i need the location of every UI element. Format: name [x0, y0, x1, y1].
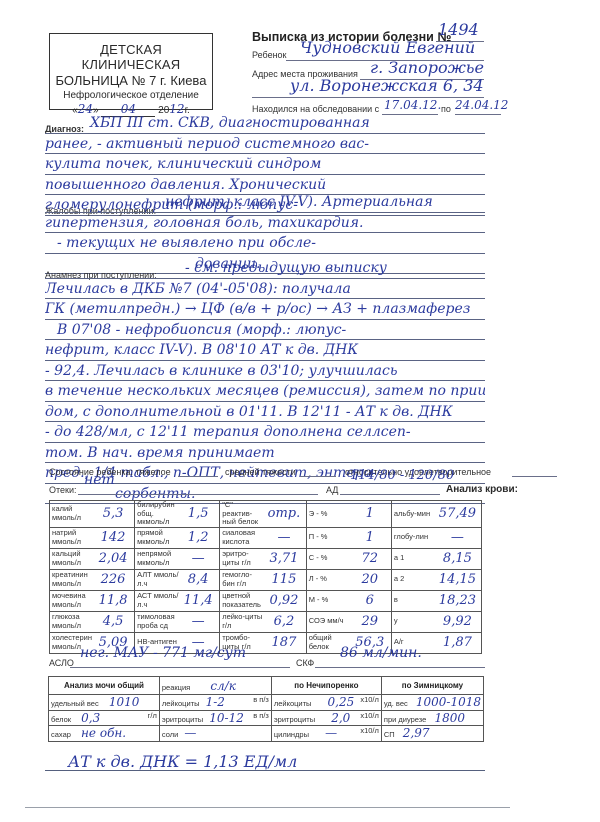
nechiporenko-value: —: [325, 726, 337, 740]
zimnitsky-cell: при диурезе 1800: [381, 710, 483, 726]
blood-analysis-title: Анализ крови:: [446, 484, 518, 495]
blood-param-label: Э - %: [309, 510, 351, 519]
blood-table-cell: у9,92: [391, 611, 481, 632]
anamnesis-line: - см. предыдущую выписку: [45, 258, 485, 279]
blood-table-cell: в18,23: [391, 590, 481, 611]
blood-table-cell: непрямой мкмоль/л—: [135, 548, 220, 569]
bp-line: [340, 494, 440, 495]
zimnitsky-label: СП: [384, 730, 395, 739]
blood-param-label: мочевина ммоль/л: [52, 592, 94, 609]
blood-param-value: 1,5: [179, 506, 217, 521]
nechiporenko-unit: х10/л: [360, 695, 379, 704]
urine-micro-cell: эритроциты 10-12в п/з: [159, 710, 271, 726]
blood-table-cell: АЛТ ммоль/л.ч8,4: [135, 569, 220, 590]
blood-param-label: тимоловая проба сд: [137, 613, 179, 630]
urine-micro-unit: в п/з: [253, 695, 269, 704]
blood-param-label: а 1: [394, 554, 436, 563]
blood-param-label: АСТ ммоль/л.ч: [137, 592, 179, 609]
blood-table-row: мочевина ммоль/л11,8АСТ ммоль/л.ч11,4цве…: [50, 590, 482, 611]
blood-param-value: 1: [351, 530, 389, 545]
urine-micro-value: 1-2: [206, 695, 225, 709]
blood-param-label: в: [394, 596, 436, 605]
blood-table-cell: креатинин ммоль/л226: [50, 569, 135, 590]
blood-param-value: 4,5: [94, 614, 132, 629]
nechiporenko-label: лейкоциты: [274, 699, 312, 708]
blood-table-cell: Э - %1: [306, 501, 391, 528]
address-line-2: [252, 97, 484, 98]
blood-param-label: Л - %: [309, 575, 351, 584]
record-number: 1494: [438, 20, 479, 39]
blood-param-value: 226: [94, 572, 132, 587]
blood-param-label: креатинин ммоль/л: [52, 571, 94, 588]
skf-label: СКФ: [296, 658, 314, 668]
blood-param-value: 8,4: [179, 572, 217, 587]
complaints-line: гипертензия, головная боль, тахикардия.: [45, 213, 485, 234]
blood-table-cell: кальций ммоль/л2,04: [50, 548, 135, 569]
blood-param-label: АЛТ ммоль/л.ч: [137, 571, 179, 588]
blood-param-value: 9,92: [436, 614, 479, 629]
blood-table-row: калий ммоль/л5,3билирубин общ. мкмоль/л1…: [50, 501, 482, 528]
blood-param-label: глюкоза ммоль/л: [52, 613, 94, 630]
blood-param-value: 20: [351, 572, 389, 587]
blood-param-value: 8,15: [436, 551, 479, 566]
blood-param-value: 29: [351, 614, 389, 629]
blood-param-label: сиаловая кислота: [222, 529, 264, 546]
hospital-name-line2: БОЛЬНИЦА № 7 г. Киева: [50, 73, 212, 88]
blood-param-value: 3,71: [264, 551, 304, 566]
bp-value: 114/80 - 120/80: [350, 468, 454, 483]
blood-param-label: кальций ммоль/л: [52, 550, 94, 567]
blood-table-cell: сиаловая кислота—: [220, 527, 307, 548]
blood-param-value: 115: [264, 572, 304, 587]
zimnitsky-cell: уд. вес 1000-1018: [381, 695, 483, 711]
blood-table-cell: калий ммоль/л5,3: [50, 501, 135, 528]
urine-general-title: Анализ мочи общий: [49, 677, 160, 695]
blood-param-label: глобу-лин: [394, 533, 436, 542]
blood-table-cell: прямой мкмоль/л1,2: [135, 527, 220, 548]
blood-param-label: калий ммоль/л: [52, 505, 94, 522]
urine-micro-unit: в п/з: [253, 711, 269, 720]
stay-from: 17.04.12.: [384, 98, 441, 112]
blood-table-cell: эритро-циты г/л3,71: [220, 548, 307, 569]
urine-general-unit: г/л: [148, 711, 157, 720]
blood-param-value: 0,92: [264, 593, 304, 608]
zimnitsky-cell: СП 2,97: [381, 726, 483, 742]
complaints-line: нефрит, класс IV-V). Артериальная: [45, 192, 485, 213]
blood-table-cell: М - %6: [306, 590, 391, 611]
blood-param-value: —: [436, 530, 479, 545]
anamnesis-line: том. В нач. время принимает: [45, 443, 485, 464]
blood-table-cell: натрий ммоль/л142: [50, 527, 135, 548]
urine-micro-value: 10-12: [209, 711, 244, 725]
blood-param-value: 1,87: [436, 635, 479, 650]
blood-table-cell: а 214,15: [391, 569, 481, 590]
address-value-1: г. Запорожье: [370, 58, 484, 77]
blood-param-label: П - %: [309, 533, 351, 542]
skf-value: 86 мл/мин.: [340, 645, 422, 661]
blood-param-value: —: [179, 551, 217, 566]
blood-table-row: натрий ммоль/л142прямой мкмоль/л1,2сиало…: [50, 527, 482, 548]
blood-param-label: у: [394, 617, 436, 626]
nechiporenko-label: цилиндры: [274, 730, 309, 739]
blood-param-value: 6,2: [264, 614, 304, 629]
zimnitsky-label: при диурезе: [384, 715, 426, 724]
urine-general-value: 0,3: [81, 711, 100, 725]
blood-param-value: 6: [351, 593, 389, 608]
anamnesis-line: нефрит, класс IV-V). В 08'10 АТ к дв. ДН…: [45, 340, 485, 361]
bottom-rule: [25, 807, 510, 808]
blood-param-label: "С" реактив-ный белок: [222, 501, 264, 527]
blood-param-label: цветной показатель: [222, 592, 264, 609]
blood-param-value: —: [179, 614, 217, 629]
diagnosis-line: ранее, - активный период системного вас-: [45, 134, 485, 155]
blood-param-label: гемогло-бин г/л: [222, 571, 264, 588]
blood-table-cell: "С" реактив-ный белокотр.: [220, 501, 307, 528]
blood-table-row: креатинин ммоль/л226АЛТ ммоль/л.ч8,4гемо…: [50, 569, 482, 590]
blood-table-cell: глюкоза ммоль/л4,5: [50, 611, 135, 632]
zimnitsky-title: по Зимницкому: [381, 677, 483, 695]
hospital-stamp: ДЕТСКАЯ КЛИНИЧЕСКАЯ БОЛЬНИЦА № 7 г. Киев…: [49, 33, 213, 110]
urine-general-cell: белок 0,3г/л: [49, 710, 160, 726]
urine-table-row: белок 0,3г/лэритроциты 10-12в п/зэритроц…: [49, 710, 484, 726]
blood-table-cell: альбу-мин57,49: [391, 501, 481, 528]
hospital-name-line1: ДЕТСКАЯ КЛИНИЧЕСКАЯ: [50, 42, 212, 72]
anamnesis-line: дом, с дополнительной в 01'11. В 12'11 -…: [45, 402, 485, 423]
blood-table-cell: глобу-лин—: [391, 527, 481, 548]
urine-general-cell: удельный вес 1010: [49, 695, 160, 711]
blood-param-value: 11,4: [179, 593, 217, 608]
edema-line: [78, 494, 318, 495]
blood-param-value: 5,3: [94, 506, 132, 521]
urine-general-value: 1010: [109, 695, 140, 709]
skf-line: [315, 667, 485, 668]
nechiporenko-unit: х10/л: [360, 726, 379, 735]
blood-param-label: прямой мкмоль/л: [137, 529, 179, 546]
blood-table-row: кальций ммоль/л2,04непрямой мкмоль/л—эри…: [50, 548, 482, 569]
blood-table-cell: СОЭ мм/ч29: [306, 611, 391, 632]
urine-micro-cell: соли —: [159, 726, 271, 742]
child-name: Чудновский Евгений: [300, 38, 475, 57]
blood-param-value: 1: [351, 506, 389, 521]
urine-table-row: удельный вес 1010лейкоциты 1-2в п/злейко…: [49, 695, 484, 711]
blood-param-value: 72: [351, 551, 389, 566]
condition-severe-line: [178, 476, 218, 477]
urine-general-label: сахар: [51, 730, 71, 739]
address-value-2: ул. Воронежская 6, 34: [290, 76, 484, 95]
nechiporenko-label: эритроциты: [274, 715, 315, 724]
blood-table-cell: цветной показатель0,92: [220, 590, 307, 611]
nechiporenko-value: 0,25: [328, 695, 355, 709]
footnote-text: АТ к дв. ДНК = 1,13 ЕД/мл: [68, 752, 297, 771]
urine-reaction-value: сл/к: [210, 679, 236, 693]
blood-table-row: глюкоза ммоль/л4,5тимоловая проба сд—лей…: [50, 611, 482, 632]
condition-moderate-line: [300, 476, 336, 477]
blood-param-label: эритро-циты г/л: [222, 550, 264, 567]
blood-param-label: билирубин общ. мкмоль/л: [137, 501, 179, 527]
diagnosis-line: кулита почек, клинический синдром: [45, 154, 485, 175]
nechiporenko-cell: лейкоциты 0,25х10/л: [271, 695, 381, 711]
edema-value: нет: [84, 472, 115, 488]
blood-param-value: 2,04: [94, 551, 132, 566]
urine-general-cell: сахар не обн.: [49, 726, 160, 742]
edema-label: Отеки:: [49, 485, 77, 495]
zimnitsky-value: 1000-1018: [416, 695, 481, 709]
condition-moderate-label: средней тяжести: [225, 467, 296, 477]
urine-general-label: удельный вес: [51, 699, 99, 708]
blood-param-label: а 2: [394, 575, 436, 584]
blood-param-label: непрямой мкмоль/л: [137, 550, 179, 567]
blood-param-value: 11,8: [94, 593, 132, 608]
blood-table-cell: а 18,15: [391, 548, 481, 569]
blood-param-value: 187: [264, 635, 304, 650]
nechiporenko-title: по Нечипоренко: [271, 677, 381, 695]
blood-param-value: 14,15: [436, 572, 479, 587]
urine-micro-value: —: [184, 726, 196, 740]
anamnesis-line: - до 428/мл, с 12'11 терапия дополнена с…: [45, 422, 485, 443]
urine-micro-cell: лейкоциты 1-2в п/з: [159, 695, 271, 711]
urine-micro-label: соли: [162, 730, 178, 739]
anamnesis-line: Лечилась в ДКБ №7 (04'-05'08): получала: [45, 279, 485, 300]
urine-micro-label: эритроциты: [162, 715, 203, 724]
blood-param-label: СОЭ мм/ч: [309, 617, 351, 626]
blood-param-label: альбу-мин: [394, 510, 436, 519]
blood-table-cell: АСТ ммоль/л.ч11,4: [135, 590, 220, 611]
blood-param-value: отр.: [264, 506, 304, 521]
blood-param-value: 57,49: [436, 506, 479, 521]
blood-param-value: 142: [94, 530, 132, 545]
diagnosis-line: ХБП III ст. СКВ, диагностированная: [45, 113, 485, 134]
zimnitsky-value: 1800: [434, 711, 465, 725]
nechiporenko-cell: цилиндры —х10/л: [271, 726, 381, 742]
stay-to: 24.04.12: [455, 98, 508, 112]
anamnesis-line: В 07'08 - нефробиопсия (морф.: люпус-: [45, 320, 485, 341]
blood-param-value: 18,23: [436, 593, 479, 608]
blood-table-cell: билирубин общ. мкмоль/л1,5: [135, 501, 220, 528]
nechiporenko-cell: эритроциты 2,0х10/л: [271, 710, 381, 726]
blood-analysis-table: калий ммоль/л5,3билирубин общ. мкмоль/л1…: [49, 500, 482, 654]
zimnitsky-value: 2,97: [403, 726, 430, 740]
blood-table-cell: С - %72: [306, 548, 391, 569]
blood-param-label: лейко-циты г/л: [222, 613, 264, 630]
aslo-line: [70, 667, 290, 668]
urine-reaction-label: реакция: [162, 683, 190, 692]
anamnesis-line: в течение нескольких месяцев (ремиссия),…: [45, 381, 485, 402]
blood-table-cell: тимоловая проба сд—: [135, 611, 220, 632]
blood-param-label: С - %: [309, 554, 351, 563]
child-label: Ребенок: [252, 50, 286, 60]
blood-table-cell: лейко-циты г/л6,2: [220, 611, 307, 632]
blood-table-cell: гемогло-бин г/л115: [220, 569, 307, 590]
urine-general-label: белок: [51, 715, 71, 724]
blood-param-label: М - %: [309, 596, 351, 605]
bp-label: АД: [326, 485, 338, 495]
zimnitsky-label: уд. вес: [384, 699, 408, 708]
blood-param-value: 1,2: [179, 530, 217, 545]
urine-analysis-table: Анализ мочи общий реакция сл/к по Нечипо…: [48, 676, 484, 742]
urine-general-value: не обн.: [81, 726, 126, 740]
condition-satisfactory-line: [512, 476, 557, 477]
blood-table-cell: П - %1: [306, 527, 391, 548]
department-name: Нефрологическое отделение: [50, 90, 212, 101]
blood-table-cell: Л - %20: [306, 569, 391, 590]
urine-table-row: сахар не обн.соли —цилиндры —х10/лСП 2,9…: [49, 726, 484, 742]
anamnesis-line: - 92,4. Лечилась в клинике в 03'10; улуч…: [45, 361, 485, 382]
nechiporenko-unit: х10/л: [360, 711, 379, 720]
nechiporenko-value: 2,0: [331, 711, 350, 725]
aslo-value: нег. МАУ - 771 мг/сут: [80, 645, 246, 661]
blood-param-label: натрий ммоль/л: [52, 529, 94, 546]
urine-micro-label: лейкоциты: [162, 699, 200, 708]
complaints-line: - текущих не выявлено при обсле-: [45, 233, 485, 254]
blood-param-value: —: [264, 530, 304, 545]
urine-reaction-cell: реакция сл/к: [159, 677, 271, 695]
anamnesis-line: ГК (метилпредн.) → ЦФ (в/в + р/ос) → АЗ …: [45, 299, 485, 320]
blood-table-cell: мочевина ммоль/л11,8: [50, 590, 135, 611]
